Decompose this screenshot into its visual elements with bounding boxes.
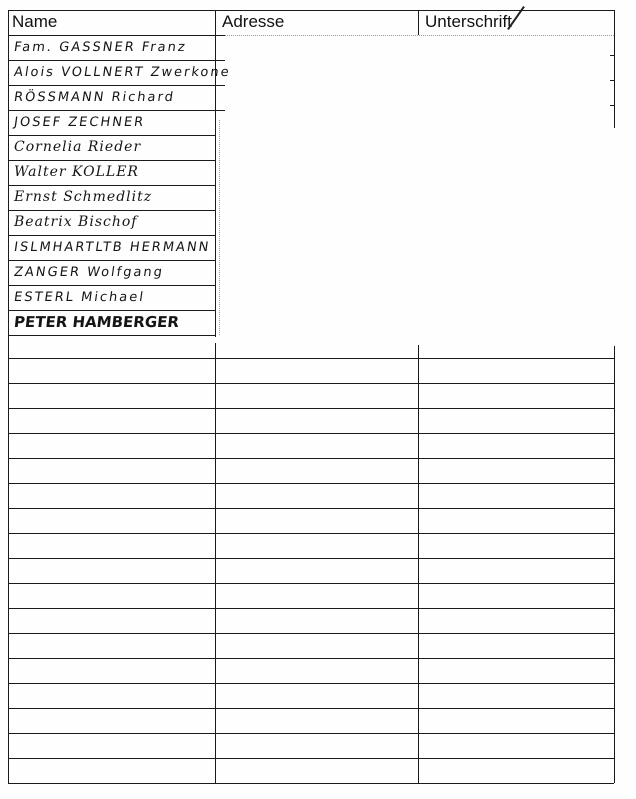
empty-table-row[interactable] <box>8 683 614 708</box>
empty-table-row[interactable] <box>8 533 614 558</box>
signature-name: ISLMHARTLTB HERMANN <box>12 235 212 260</box>
empty-table-row[interactable] <box>8 508 614 533</box>
signature-name: Alois VOLLNERT Zwerkone <box>12 60 232 85</box>
header-address: Adresse <box>222 12 284 32</box>
signature-name: Cornelia Rieder <box>14 135 141 160</box>
empty-table-row[interactable] <box>8 658 614 683</box>
grid-line <box>614 35 615 128</box>
signature-name: ESTERL Michael <box>12 285 146 310</box>
signature-name: Walter KOLLER <box>14 160 139 185</box>
grid-line <box>219 120 220 335</box>
empty-table-row[interactable] <box>8 433 614 458</box>
empty-table-row[interactable] <box>8 458 614 483</box>
signature-name: JOSEF ZECHNER <box>12 110 147 135</box>
grid-line <box>610 80 614 81</box>
grid-line <box>614 346 615 783</box>
grid-line <box>610 105 614 106</box>
empty-table-row[interactable] <box>8 558 614 583</box>
grid-line <box>610 55 614 56</box>
signature-name: ZANGER Wolfgang <box>12 260 165 285</box>
empty-table-row[interactable] <box>8 408 614 433</box>
header-name: Name <box>12 12 57 32</box>
empty-table-row[interactable] <box>8 633 614 658</box>
header-signature: Unterschrift <box>425 12 512 32</box>
empty-table-row[interactable] <box>8 708 614 733</box>
signature-name: PETER HAMBERGER <box>13 310 181 335</box>
empty-table-row[interactable] <box>8 383 614 408</box>
empty-table-row[interactable] <box>8 483 614 508</box>
signature-name: RÖSSMANN Richard <box>12 85 176 110</box>
empty-table-row[interactable] <box>8 358 614 383</box>
empty-table-row[interactable] <box>8 733 614 758</box>
grid-line <box>215 10 216 35</box>
grid-line <box>8 335 215 336</box>
grid-line <box>215 35 614 36</box>
signature-name: Ernst Schmedlitz <box>14 185 152 210</box>
signature-name: Fam. GASSNER Franz <box>12 35 188 60</box>
grid-line <box>8 783 614 784</box>
empty-table-row[interactable] <box>8 583 614 608</box>
empty-table-row[interactable] <box>8 758 614 783</box>
signature-sheet: Name Adresse Unterschrift Fam. GASSNER F… <box>0 0 636 799</box>
signature-name: Beatrix Bischof <box>14 210 137 235</box>
grid-line <box>8 10 614 11</box>
grid-line <box>418 10 419 35</box>
empty-table-row[interactable] <box>8 608 614 633</box>
